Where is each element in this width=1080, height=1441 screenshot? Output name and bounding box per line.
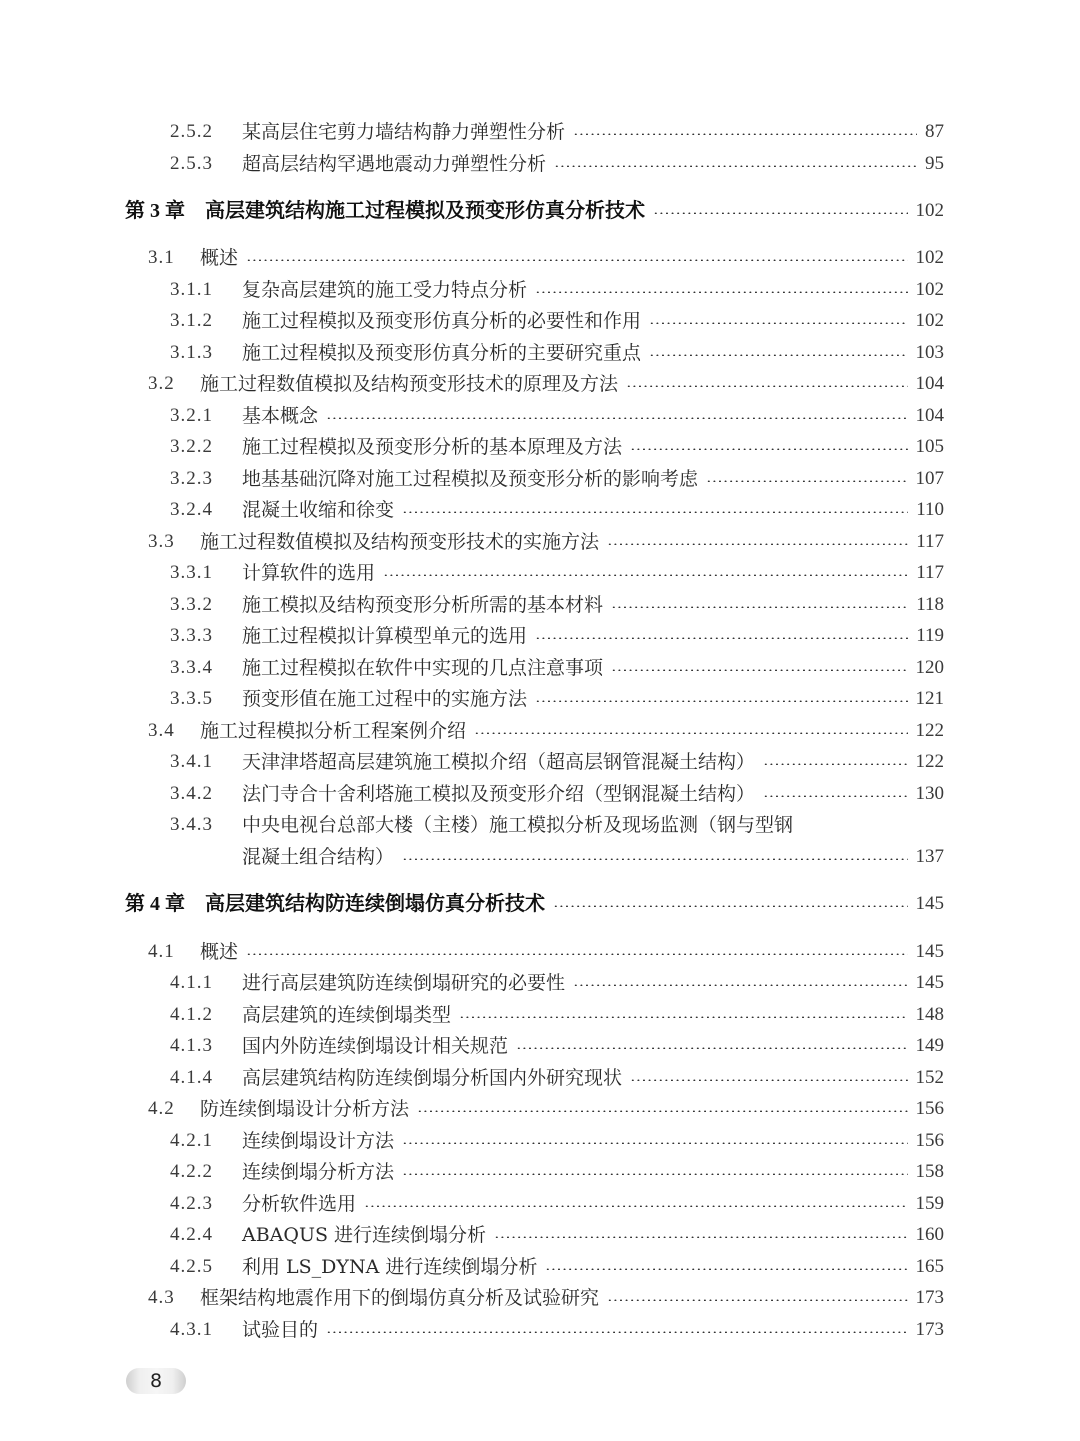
page-reference: 158 — [912, 1157, 945, 1187]
section-number: 4.3 — [148, 1283, 175, 1313]
toc-entry: 3.1.2施工过程模拟及预变形仿真分析的必要性和作用102 — [0, 306, 1080, 336]
toc-entry: 3.4.2法门寺合十舍利塔施工模拟及预变形介绍（型钢混凝土结构）130 — [0, 779, 1080, 809]
page-reference: 121 — [912, 684, 945, 714]
page-reference: 156 — [912, 1126, 945, 1156]
page-reference: 165 — [912, 1252, 945, 1282]
dot-leader — [653, 212, 908, 214]
section-title: 第 3 章 高层建筑结构施工过程模拟及预变形仿真分析技术 — [125, 196, 651, 226]
section-title: 框架结构地震作用下的倒塌仿真分析及试验研究 — [200, 1283, 605, 1313]
toc-entry: 4.3.1试验目的173 — [0, 1315, 1080, 1345]
section-title: 某高层住宅剪力墙结构静力弹塑性分析 — [242, 117, 571, 147]
toc-entry: 3.2.4混凝土收缩和徐变110 — [0, 495, 1080, 525]
section-number: 3.2.1 — [170, 401, 213, 431]
toc-entry: 4.1概述145 — [0, 937, 1080, 967]
section-title: 施工过程模拟计算模型单元的选用 — [242, 621, 533, 651]
dot-leader — [706, 480, 908, 482]
toc-entry: 2.5.2某高层住宅剪力墙结构静力弹塑性分析87 — [0, 117, 1080, 147]
section-title: 进行高层建筑防连续倒塌研究的必要性 — [242, 968, 571, 998]
page-reference: 102 — [912, 196, 945, 226]
section-title: 国内外防连续倒塌设计相关规范 — [242, 1031, 514, 1061]
section-title: 施工过程模拟及预变形仿真分析的主要研究重点 — [242, 338, 647, 368]
toc-entry: 3.4.3中央电视台总部大楼（主楼）施工模拟分析及现场监测（钢与型钢 — [0, 810, 1080, 840]
dot-leader — [417, 1110, 908, 1112]
page-reference: 122 — [912, 747, 945, 777]
page-reference: 145 — [912, 889, 945, 919]
toc-entry: 4.1.4高层建筑结构防连续倒塌分析国内外研究现状152 — [0, 1063, 1080, 1093]
section-title: 高层建筑的连续倒塌类型 — [242, 1000, 457, 1030]
page-reference: 118 — [912, 590, 944, 620]
dot-leader — [545, 1268, 908, 1270]
page-reference: 107 — [912, 464, 945, 494]
dot-leader — [535, 637, 908, 639]
section-number: 4.2.5 — [170, 1252, 213, 1282]
page-reference: 102 — [912, 275, 945, 305]
section-number: 3.3.2 — [170, 590, 213, 620]
section-number: 4.2 — [148, 1094, 175, 1124]
toc-entry: 3.1概述102 — [0, 243, 1080, 273]
dot-leader — [611, 669, 908, 671]
section-title: 防连续倒塌设计分析方法 — [200, 1094, 415, 1124]
page-number: 8 — [150, 1370, 162, 1392]
section-title: 连续倒塌分析方法 — [242, 1157, 400, 1187]
dot-leader — [630, 448, 908, 450]
section-number: 4.1.3 — [170, 1031, 213, 1061]
toc-entry: 3.2.2施工过程模拟及预变形分析的基本原理及方法105 — [0, 432, 1080, 462]
page-reference: 110 — [912, 495, 944, 525]
section-number: 3.3.4 — [170, 653, 213, 683]
section-title: 第 4 章 高层建筑结构防连续倒塌仿真分析技术 — [125, 889, 551, 919]
page-reference: 102 — [912, 306, 945, 336]
section-title: 施工过程模拟分析工程案例介绍 — [200, 716, 472, 746]
dot-leader — [402, 511, 908, 513]
dot-leader — [246, 259, 908, 261]
toc-entry: 3.3.3施工过程模拟计算模型单元的选用119 — [0, 621, 1080, 651]
section-title: 连续倒塌设计方法 — [242, 1126, 400, 1156]
dot-leader — [494, 1236, 908, 1238]
toc-entry: 4.2.1连续倒塌设计方法156 — [0, 1126, 1080, 1156]
dot-leader — [611, 606, 908, 608]
section-number: 4.2.3 — [170, 1189, 213, 1219]
page-reference: 156 — [912, 1094, 945, 1124]
toc-chapter-entry: 第 4 章 高层建筑结构防连续倒塌仿真分析技术145 — [0, 889, 1080, 919]
dot-leader — [535, 291, 908, 293]
section-title: 中央电视台总部大楼（主楼）施工模拟分析及现场监测（钢与型钢 — [242, 810, 799, 840]
toc-entry: 3.2.3地基基础沉降对施工过程模拟及预变形分析的影响考虑107 — [0, 464, 1080, 494]
toc-entry: 4.2.2连续倒塌分析方法158 — [0, 1157, 1080, 1187]
section-title: 混凝土收缩和徐变 — [242, 495, 400, 525]
dot-leader — [607, 1299, 908, 1301]
dot-leader — [402, 858, 908, 860]
dot-leader — [535, 700, 908, 702]
page-number-badge: 8 — [126, 1368, 186, 1394]
toc-entry: 4.2防连续倒塌设计分析方法156 — [0, 1094, 1080, 1124]
dot-leader — [649, 322, 908, 324]
section-title: 混凝土组合结构） — [242, 842, 400, 872]
toc-entry: 4.1.3国内外防连续倒塌设计相关规范149 — [0, 1031, 1080, 1061]
toc-entry: 3.3.5预变形值在施工过程中的实施方法121 — [0, 684, 1080, 714]
section-number: 3.4.2 — [170, 779, 213, 809]
page-reference: 103 — [912, 338, 945, 368]
toc-entry: 3.3施工过程数值模拟及结构预变形技术的实施方法117 — [0, 527, 1080, 557]
page-reference: 117 — [912, 558, 944, 588]
dot-leader — [474, 732, 908, 734]
section-title: 预变形值在施工过程中的实施方法 — [242, 684, 533, 714]
page-reference: 173 — [912, 1315, 945, 1345]
section-title: 施工过程模拟及预变形分析的基本原理及方法 — [242, 432, 628, 462]
section-title: 基本概念 — [242, 401, 324, 431]
page-reference: 145 — [912, 937, 945, 967]
toc-entry: 混凝土组合结构）137 — [0, 842, 1080, 872]
section-title: 高层建筑结构防连续倒塌分析国内外研究现状 — [242, 1063, 628, 1093]
section-number: 2.5.2 — [170, 117, 213, 147]
page-reference: 137 — [912, 842, 945, 872]
page-reference: 149 — [912, 1031, 945, 1061]
section-number: 3.2.4 — [170, 495, 213, 525]
section-number: 4.1 — [148, 937, 175, 967]
section-number: 3.2.2 — [170, 432, 213, 462]
section-number: 3.2.3 — [170, 464, 213, 494]
toc-chapter-entry: 第 3 章 高层建筑结构施工过程模拟及预变形仿真分析技术102 — [0, 196, 1080, 226]
section-title: 分析软件选用 — [242, 1189, 362, 1219]
section-number: 3.3 — [148, 527, 175, 557]
section-title: 施工过程数值模拟及结构预变形技术的原理及方法 — [200, 369, 624, 399]
toc-entry: 4.2.4ABAQUS 进行连续倒塌分析160 — [0, 1220, 1080, 1250]
section-title: 法门寺合十舍利塔施工模拟及预变形介绍（型钢混凝土结构） — [242, 779, 761, 809]
section-number: 3.3.5 — [170, 684, 213, 714]
page-reference: 119 — [912, 621, 944, 651]
dot-leader — [649, 354, 908, 356]
toc-entry: 4.1.2高层建筑的连续倒塌类型148 — [0, 1000, 1080, 1030]
page-reference: 117 — [912, 527, 944, 557]
page-reference: 148 — [912, 1000, 945, 1030]
section-number: 3.1.2 — [170, 306, 213, 336]
section-number: 3.3.1 — [170, 558, 213, 588]
section-number: 4.2.2 — [170, 1157, 213, 1187]
section-number: 3.4 — [148, 716, 175, 746]
section-number: 3.4.1 — [170, 747, 213, 777]
section-title: 地基基础沉降对施工过程模拟及预变形分析的影响考虑 — [242, 464, 704, 494]
section-number: 4.2.1 — [170, 1126, 213, 1156]
dot-leader — [326, 417, 908, 419]
dot-leader — [626, 385, 908, 387]
dot-leader — [573, 984, 908, 986]
toc-entry: 3.1.1复杂高层建筑的施工受力特点分析102 — [0, 275, 1080, 305]
dot-leader — [516, 1047, 908, 1049]
toc-entry: 2.5.3超高层结构罕遇地震动力弹塑性分析95 — [0, 149, 1080, 179]
page-reference: 104 — [912, 369, 945, 399]
page-reference: 145 — [912, 968, 945, 998]
dot-leader — [553, 905, 908, 907]
section-title: 利用 LS_DYNA 进行连续倒塌分析 — [242, 1252, 543, 1282]
toc-entry: 4.2.3分析软件选用159 — [0, 1189, 1080, 1219]
section-title: 施工过程模拟在软件中实现的几点注意事项 — [242, 653, 609, 683]
page-reference: 159 — [912, 1189, 945, 1219]
section-number: 4.3.1 — [170, 1315, 213, 1345]
toc-entry: 3.1.3施工过程模拟及预变形仿真分析的主要研究重点103 — [0, 338, 1080, 368]
page-reference: 173 — [912, 1283, 945, 1313]
dot-leader — [402, 1173, 908, 1175]
page-reference: 104 — [912, 401, 945, 431]
dot-leader — [364, 1205, 908, 1207]
section-number: 3.1 — [148, 243, 175, 273]
dot-leader — [383, 574, 908, 576]
page-reference: 120 — [912, 653, 945, 683]
dot-leader — [326, 1331, 908, 1333]
toc-entry: 4.2.5利用 LS_DYNA 进行连续倒塌分析165 — [0, 1252, 1080, 1282]
page-reference: 87 — [921, 117, 944, 147]
page-reference: 102 — [912, 243, 945, 273]
dot-leader — [554, 165, 917, 167]
section-number: 4.1.1 — [170, 968, 213, 998]
section-title: 试验目的 — [242, 1315, 324, 1345]
section-title: 施工模拟及结构预变形分析所需的基本材料 — [242, 590, 609, 620]
dot-leader — [459, 1016, 908, 1018]
dot-leader — [607, 543, 908, 545]
toc-entry: 3.4.1天津津塔超高层建筑施工模拟介绍（超高层钢管混凝土结构）122 — [0, 747, 1080, 777]
section-number: 3.3.3 — [170, 621, 213, 651]
toc-entry: 3.4施工过程模拟分析工程案例介绍122 — [0, 716, 1080, 746]
section-title: 施工过程模拟及预变形仿真分析的必要性和作用 — [242, 306, 647, 336]
section-number: 4.1.4 — [170, 1063, 213, 1093]
section-title: 施工过程数值模拟及结构预变形技术的实施方法 — [200, 527, 605, 557]
dot-leader — [763, 795, 908, 797]
section-title: 计算软件的选用 — [242, 558, 381, 588]
toc-entry: 3.3.4施工过程模拟在软件中实现的几点注意事项120 — [0, 653, 1080, 683]
dot-leader — [630, 1079, 908, 1081]
section-number: 3.1.3 — [170, 338, 213, 368]
page-reference: 130 — [912, 779, 945, 809]
section-number: 3.2 — [148, 369, 175, 399]
dot-leader — [763, 763, 908, 765]
section-title: 概述 — [200, 937, 244, 967]
section-number: 4.1.2 — [170, 1000, 213, 1030]
page-reference: 122 — [912, 716, 945, 746]
page-reference: 105 — [912, 432, 945, 462]
section-title: 超高层结构罕遇地震动力弹塑性分析 — [242, 149, 552, 179]
toc-entry: 4.1.1进行高层建筑防连续倒塌研究的必要性145 — [0, 968, 1080, 998]
dot-leader — [246, 953, 908, 955]
toc-entry: 3.2施工过程数值模拟及结构预变形技术的原理及方法104 — [0, 369, 1080, 399]
section-number: 3.4.3 — [170, 810, 213, 840]
page-reference: 152 — [912, 1063, 945, 1093]
toc-entry: 3.2.1基本概念104 — [0, 401, 1080, 431]
section-number: 4.2.4 — [170, 1220, 213, 1250]
dot-leader — [402, 1142, 908, 1144]
section-number: 3.1.1 — [170, 275, 213, 305]
section-title: 天津津塔超高层建筑施工模拟介绍（超高层钢管混凝土结构） — [242, 747, 761, 777]
section-number: 2.5.3 — [170, 149, 213, 179]
dot-leader — [573, 133, 917, 135]
section-title: 复杂高层建筑的施工受力特点分析 — [242, 275, 533, 305]
page-reference: 160 — [912, 1220, 945, 1250]
toc-entry: 3.3.1计算软件的选用117 — [0, 558, 1080, 588]
toc-entry: 4.3框架结构地震作用下的倒塌仿真分析及试验研究173 — [0, 1283, 1080, 1313]
page-reference: 95 — [921, 149, 944, 179]
toc-entry: 3.3.2施工模拟及结构预变形分析所需的基本材料118 — [0, 590, 1080, 620]
section-title: ABAQUS 进行连续倒塌分析 — [242, 1220, 492, 1250]
section-title: 概述 — [200, 243, 244, 273]
